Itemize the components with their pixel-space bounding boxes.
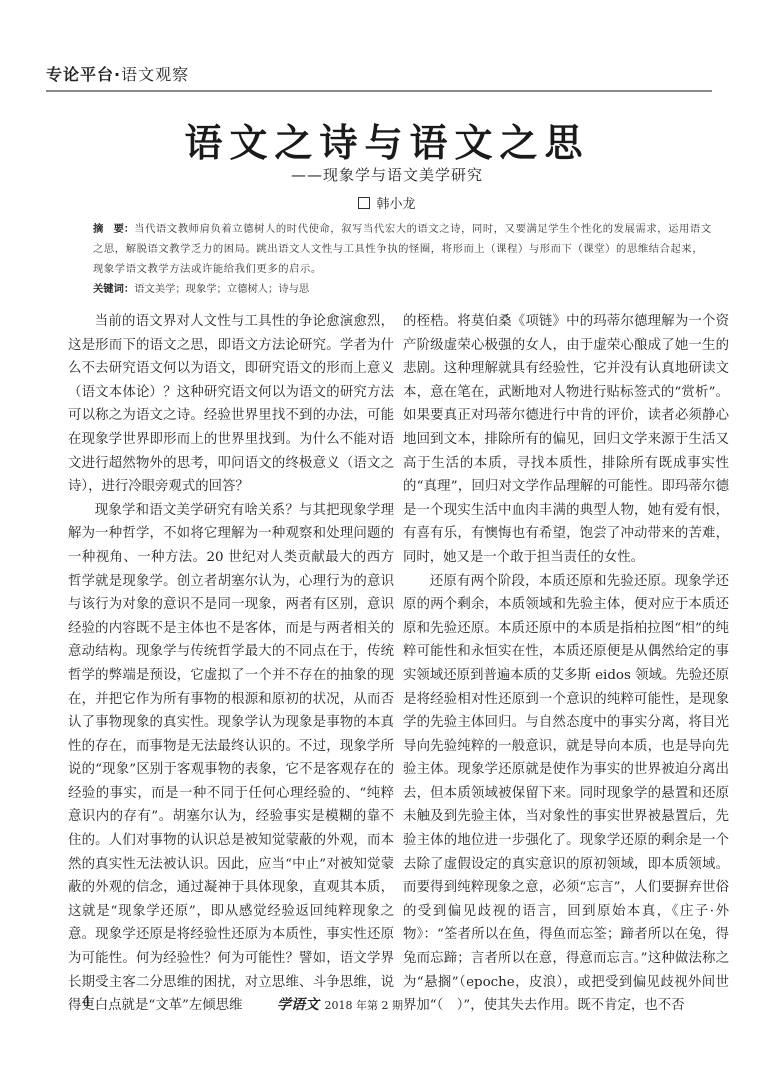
keywords-label: 关键词： — [93, 283, 134, 295]
keywords: 关键词：语文美学；现象学；立德树人；诗与思 — [93, 279, 713, 299]
author-box-icon — [358, 197, 370, 209]
body-left-column: 当前的语文界对人文性与工具性的争论愈演愈烈，这是形而下的语文之思，即语文方法论研… — [68, 310, 394, 1018]
section-name: 专论平台 — [46, 65, 114, 84]
journal-issue: 2018 年第 2 期 — [325, 999, 403, 1012]
author-name: 韩小龙 — [376, 197, 415, 212]
page-number: 4 — [82, 994, 91, 1010]
running-header: 专论平台·语文观察 — [46, 62, 189, 85]
article-subtitle: ——现象学与语文美学研究 — [0, 164, 774, 185]
article-title: 语文之诗与语文之思 — [0, 112, 774, 167]
paragraph: 还原有两个阶段，本质还原和先验还原。现象学还原的两个剩余，本质领域和先验主体，便… — [403, 570, 729, 1018]
keywords-text: 语文美学；现象学；立德树人；诗与思 — [134, 283, 309, 295]
abstract-text: 当代语文教师肩负着立德树人的时代使命，叙写当代宏大的语文之诗，同时，又要满足学生… — [93, 223, 712, 275]
paragraph: 当前的语文界对人文性与工具性的争论愈演愈烈，这是形而下的语文之思，即语文方法论研… — [68, 310, 394, 499]
author-line: 韩小龙 — [0, 193, 774, 212]
column-name: 语文观察 — [121, 65, 189, 84]
paragraph: 现象学和语文美学研究有啥关系？与其把现象学理解为一种哲学，不如将它理解为一种观察… — [68, 499, 394, 1018]
journal-footer: 学语文 2018 年第 2 期 — [277, 994, 403, 1014]
header-rule — [46, 90, 712, 92]
abstract: 摘 要：当代语文教师肩负着立德树人的时代使命，叙写当代宏大的语文之诗，同时，又要… — [93, 219, 713, 279]
journal-name: 学语文 — [277, 997, 319, 1013]
body-right-column: 的桎梏。将莫伯桑《项链》中的玛蒂尔德理解为一个资产阶级虚荣心极强的女人，由于虚荣… — [403, 310, 729, 1018]
abstract-label: 摘 要： — [93, 223, 134, 235]
paragraph-continued: 的桎梏。将莫伯桑《项链》中的玛蒂尔德理解为一个资产阶级虚荣心极强的女人，由于虚荣… — [403, 310, 729, 570]
